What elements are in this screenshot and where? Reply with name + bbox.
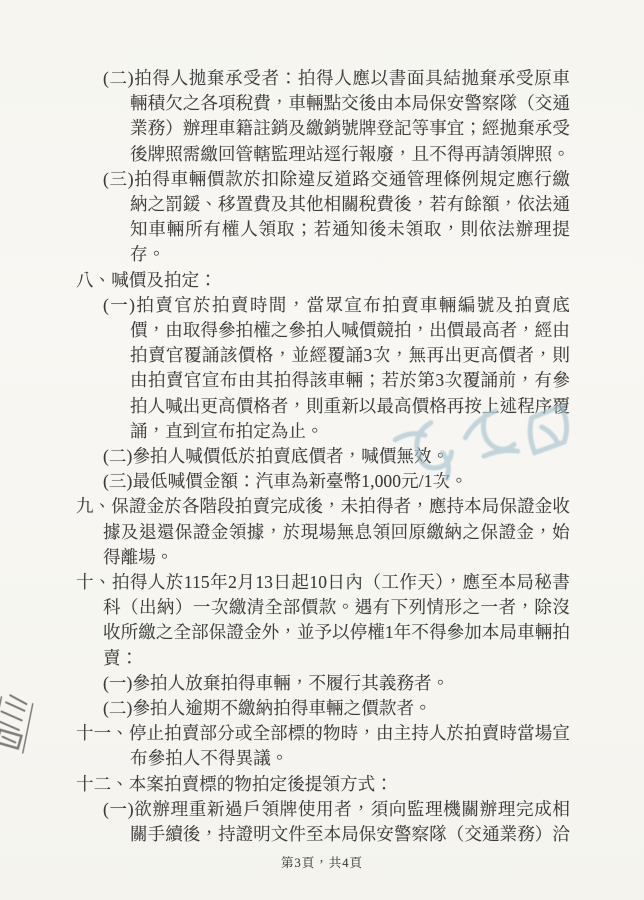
document-page: (二)拍得人拋棄承受者：拍得人應以書面具結拋棄承受原車輛積欠之各項稅費，車輛點交… [0,0,644,900]
paragraph-13: (一)欲辦理重新過戶領牌使用者，須向監理機關辦理完成相關手續後，持證明文件至本局… [76,797,570,847]
paragraph-4: (一)拍賣官於拍賣時間，當眾宣布拍賣車輛編號及拍賣底價，由取得參拍權之參拍人喊價… [76,293,570,444]
paragraph-12: 十二、本案拍賣標的物拍定後提領方式： [76,772,570,797]
paragraph-11: 十一、停止拍賣部分或全部標的物時，由主持人於拍賣時當場宣布參拍人不得異議。 [76,721,570,771]
paragraph-6: (三)最低喊價金額：汽車為新臺幣1,000元/1次。 [76,469,570,494]
paragraph-3: 八、喊價及拍定： [76,268,570,293]
paragraph-9: (一)參拍人放棄拍得車輛，不履行其義務者。 [76,671,570,696]
paragraph-10: (二)參拍人逾期不繳納拍得車輛之價款者。 [76,696,570,721]
paragraph-5: (二)參拍人喊價低於拍賣底價者，喊價無效。 [76,444,570,469]
paragraph-8: 十、拍得人於115年2月13日起10日內（工作天），應至本局秘書科（出納）一次繳… [76,570,570,671]
paragraph-7: 九、保證金於各階段拍賣完成後，未拍得者，應持本局保證金收據及退還保證金領據，於現… [76,494,570,570]
edge-registry-stamp [0,686,68,783]
paragraph-1: (二)拍得人拋棄承受者：拍得人應以書面具結拋棄承受原車輛積欠之各項稅費，車輛點交… [76,66,570,167]
page-footer: 第3頁，共4頁 [0,853,644,871]
document-body: (二)拍得人拋棄承受者：拍得人應以書面具結拋棄承受原車輛積欠之各項稅費，車輛點交… [76,66,570,847]
paragraph-2: (三)拍得車輛價款於扣除違反道路交通管理條例規定應行繳納之罰鍰、移置費及其他相關… [76,167,570,268]
